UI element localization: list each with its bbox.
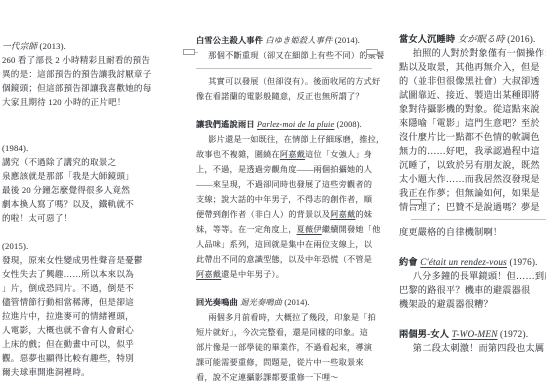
film-title-original: 女が眠る時 [458, 34, 505, 44]
text-line: 影片還是一如既往，在情節上仔細琢磨，推拉， [196, 132, 372, 147]
text-line: 的（並非但很像黑社會）大叔卻透 [399, 74, 546, 88]
text-line: 此帶出不同的意識型態，以及中年恐慌（不管是 [196, 252, 372, 267]
film-title: 回光奏鳴曲 迴光奏鳴曲 (2014). [196, 295, 372, 310]
film-title: (2015). [2, 239, 164, 253]
section-divider [196, 68, 372, 69]
column-left: 一代宗師 (2013).260 看了部長 2 小時精彩且耐看的預告異的是：這部預… [2, 0, 164, 379]
film-title-zh: 讓我們遙說雨日 [196, 120, 255, 129]
film-title: 約會 C'était un rendez-vous (1976). [399, 255, 546, 269]
section-divider [411, 219, 546, 220]
text-line: 拉進片中，拉進麥可的情緒裡頭， [2, 309, 164, 323]
divider-endcap [183, 49, 195, 55]
film-year: (2016). [507, 34, 535, 44]
film-title-zh: 約會 [399, 257, 418, 267]
text-line: 機架設的避震器很糟？ [399, 297, 546, 311]
text-line: 爾夫球車開進洞裡時。 [2, 365, 164, 379]
film-title-original: T-WO-MEN [452, 329, 498, 339]
text-line: 來隱喻「電影」這門生意吧？至於 [399, 116, 546, 130]
film-title-zh: 兩個男-女人 [399, 329, 449, 339]
text-line: 太小題大作……而我居然沒發現是 [399, 172, 546, 186]
film-title: (1984). [2, 141, 164, 155]
film-title: 讓我們遙說雨日 Parlez-moi de la pluie (2008). [196, 117, 372, 132]
text-line: 泉應該就是那部「我是大師鏡頭」 [2, 169, 164, 183]
gutter-mark [377, 51, 383, 52]
text-line: 個鏡頭；但這部預告卻讓我喜歡她的每 [2, 81, 164, 95]
film-title-original: 白ゆき姫殺人事件 [265, 36, 332, 45]
text-line: 上床的戲；但在動畫中可以，似乎 [2, 337, 164, 351]
text-line: 試圖靠近、接近、製造出某種即將 [399, 88, 546, 102]
film-year: (2015). [2, 241, 28, 251]
text-line: 發現，原來女性變成男性聲音是憂鬱 [2, 253, 164, 267]
text-line: 異的是：這部預告的預告讓我討厭章子 [2, 67, 164, 81]
film-year: (2013). [40, 41, 66, 51]
column-middle: 白雪公主殺人事件 白ゆき姫殺人事件 (2014).那個不斷重現（卻又在細節上有些… [196, 0, 372, 385]
text-line: 看，說不定連攝影課都要重修一下哩～ [196, 370, 372, 385]
text-line: 沉睡了，以致於另有朋友說，既然 [399, 158, 546, 172]
text-line: 講究（不過除了講究的取景之 [2, 155, 164, 169]
film-title-zh: 回光奏鳴曲 [196, 298, 238, 307]
text-line: 上，不過，是透過旁觀角度——兩個拍攝她的人 [196, 162, 372, 177]
text-line: 課可能需要重修，問題是，從片中一些取景來 [196, 355, 372, 370]
text-line: ——來呈現，不過卻同時也發展了這些旁觀者的 [196, 177, 372, 192]
text-line: 」片，倒成恐同片。不過，倒是不 [2, 281, 164, 295]
text-line: 象對待攝影機的對象。從這點來說 [399, 102, 546, 116]
text-line: 妹，等等。在一定角度上，夏薇伊繼續開發她「他 [196, 222, 372, 237]
text-line: 拍照的人對於對象僅有一個操作： [399, 46, 546, 60]
text-line: 女性失去了興趣……所以本來以為 [2, 267, 164, 281]
film-title-original: 一代宗師 [2, 41, 37, 51]
text-line: 人電影，大概也就不會有人會耐心 [2, 323, 164, 337]
text-line: 八分多鐘的長單鏡頭！但……到底 [399, 269, 546, 283]
text-line: 像在看諾蘭的電影般隨意，反正也無所謂了？ [196, 89, 372, 104]
text-line: 部片像是一部學徒的畢業作，不過看起來，導演 [196, 340, 372, 355]
text-line: 我正在作夢；但無論如何，如果是 [399, 186, 546, 200]
film-title: 兩個男-女人 T-WO-MEN (1972). [399, 327, 546, 341]
film-title-zh: 白雪公主殺人事件 [196, 36, 263, 45]
text-line: 支線；說大話的中年男子，不得志的創作者，順 [196, 192, 372, 207]
film-title: 白雪公主殺人事件 白ゆき姫殺人事件 (2014). [196, 33, 372, 48]
film-year: (2008). [337, 120, 362, 129]
text-line: 觀。惡夢也顯得比較有趣些，特別 [2, 351, 164, 365]
text-line: 故事也不複雜，圍繞在阿嘉戴這位「女強人」身 [196, 147, 372, 162]
film-year: (2014). [284, 298, 309, 307]
text-line: 儘管情節行動相當稀薄，但是卻這 [2, 295, 164, 309]
text-line: 最後 20 分鐘怎麼覺得很多人竟然 [2, 183, 164, 197]
film-title-original: 迴光奏鳴曲 [240, 298, 282, 307]
text-line: 第二段太刺激！而第四段也太厲 [399, 341, 546, 355]
text-line: 那個不斷重現（卻又在細節上有些不同）的聚餐 [196, 48, 372, 63]
text-line: 其實可以發展（但卻沒有）。後面收尾的方式好 [196, 74, 372, 89]
text-line: 兩個多月前看時，大概拉了幾段，印象是「拍 [196, 310, 372, 325]
text-line: 巴黎的路很平？機車的避震器很 [399, 283, 546, 297]
divider-endcap [410, 199, 422, 205]
text-line: 阿嘉戴還是中年男子）。 [196, 267, 372, 282]
text-line: 大家且期待 120 小時的正片吧！ [2, 95, 164, 109]
film-title-zh: 當女人沉睡時 [399, 34, 455, 44]
film-year: (1984). [2, 143, 28, 153]
gutter-mark [377, 54, 383, 55]
text-line: 人品味」系列，這回就是集中在兩位支線上，以 [196, 237, 372, 252]
text-line: 無力的……好吧，我承認過程中這 [399, 144, 546, 158]
text-line: 的啦！太可惡了！ [2, 211, 164, 225]
scanned-page: 一代宗師 (2013).260 看了部長 2 小時精彩且耐看的預告異的是：這部預… [0, 0, 546, 387]
text-line: 沒什麼片比一點都不色情的軟調色 [399, 130, 546, 144]
film-title-original: Parlez-moi de la pluie [257, 120, 334, 129]
text-line: 便帶到創作者（非白人）的背景以及阿嘉戴的妹 [196, 207, 372, 222]
film-title: 一代宗師 (2013). [2, 39, 164, 53]
column-right: 當女人沉睡時 女が眠る時 (2016).拍照的人對於對象僅有一個操作：點以及取景… [399, 0, 546, 355]
text-line: 劇本換人寫了嗎？以及，鐵軌就不 [2, 197, 164, 211]
film-year: (2014). [335, 36, 360, 45]
film-title: 當女人沉睡時 女が眠る時 (2016). [399, 32, 546, 46]
text-line: 點以及取景，其他再無介入，但是 [399, 60, 546, 74]
text-line: 260 看了部長 2 小時精彩且耐看的預告 [2, 53, 164, 67]
text-line: 短片就好」，今次完整看，還是同樣的印象。這 [196, 325, 372, 340]
film-title-original: C'était un rendez-vous [420, 257, 507, 267]
film-year: (1976). [509, 257, 537, 267]
film-year: (1972). [500, 329, 528, 339]
text-line: 度更嚴格的自律機制啊！ [399, 225, 546, 239]
